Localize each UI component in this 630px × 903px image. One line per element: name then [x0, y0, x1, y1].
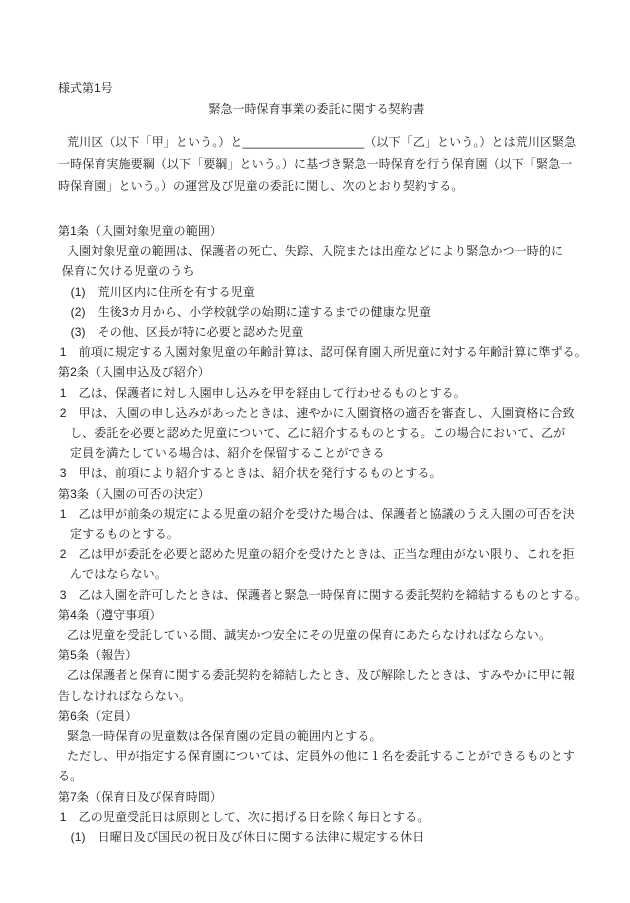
document-line: 緊急一時保育の児童数は各保育園の定員の範囲内とする。	[58, 726, 575, 746]
document-line: 2 甲は、入園の申し込みがあったときは、速やかに入園資格の適否を審査し、入園資格…	[58, 403, 575, 423]
document-line: 1 前項に規定する入園対象児童の年齢計算は、認可保育園入所児童に対する年齢計算に…	[58, 342, 575, 362]
document-line: 3 乙は入園を許可したときは、保護者と緊急一時保育に関する委託契約を締結するもの…	[58, 585, 575, 605]
article-heading: 第7条（保育日及び保育時間）	[58, 787, 575, 807]
document-body: 荒川区（以下「甲」という。）と__________________（以下「乙」と…	[58, 131, 575, 847]
document-line: (1) 荒川区内に住所を有する児童	[58, 282, 575, 302]
document-line: 入園対象児童の範囲は、保護者の死亡、失踪、入院または出産などにより緊急かつ一時的…	[58, 241, 575, 261]
document-line: 告しなければならない。	[58, 686, 575, 706]
document-line: 1 乙は甲が前条の規定による児童の紹介を受けた場合は、保護者と協議のうえ入園の可…	[58, 504, 575, 524]
article-heading: 第6条（定員）	[58, 706, 575, 726]
article-heading: 第4条（遵守事項）	[58, 605, 575, 625]
article-heading: 第1条（入園対象児童の範囲）	[58, 221, 575, 241]
article-heading: 第3条（入園の可否の決定）	[58, 484, 575, 504]
document-line: 3 甲は、前項により紹介するときは、紹介状を発行するものとする。	[58, 463, 575, 483]
document-line: 時保育園」という。）の運営及び児童の委託に関し、次のとおり契約する。	[58, 175, 575, 197]
document-line: 乙は保護者と保育に関する委託契約を締結したとき、及び解除したときは、すみやかに甲…	[58, 665, 575, 685]
document-line: (1) 日曜日及び国民の祝日及び休日に関する法律に規定する休日	[58, 827, 575, 847]
document-line: 1 乙は、保護者に対し入園申し込みを甲を経由して行わせるものとする。	[58, 383, 575, 403]
document-line: 2 乙は甲が委託を必要と認めた児童の紹介を受けたときは、正当な理由がない限り、こ…	[58, 544, 575, 564]
document-line: 定員を満たしている場合は、紹介を保留することができる	[58, 443, 575, 463]
article-heading: 第5条（報告）	[58, 645, 575, 665]
document-title: 緊急一時保育事業の委託に関する契約書	[58, 99, 575, 119]
document-line: (2) 生後3カ月から、小学校就学の始期に達するまでの健康な児童	[58, 302, 575, 322]
article-heading: 第2条（入園申込及び紹介）	[58, 362, 575, 382]
document-line: (3) その他、区長が特に必要と認めた児童	[58, 322, 575, 342]
document-line: 一時保育実施要綱（以下「要綱」という。）に基づき緊急一時保育を行う保育園（以下「…	[58, 153, 575, 175]
document-line: んではならない。	[58, 564, 575, 584]
document-line: 乙は児童を受託している間、誠実かつ安全にその児童の保育にあたらなければならない。	[58, 625, 575, 645]
document-line	[58, 197, 575, 221]
document-line: 定するものとする。	[58, 524, 575, 544]
document-line: る。	[58, 766, 575, 786]
form-number-label: 様式第1号	[58, 78, 113, 98]
contract-document-page: 様式第1号 緊急一時保育事業の委託に関する契約書 荒川区（以下「甲」という。）と…	[0, 0, 630, 903]
document-line: 荒川区（以下「甲」という。）と__________________（以下「乙」と…	[58, 131, 575, 153]
document-line: ただし、甲が指定する保育園については、定員外の他に１名を委託することができるもの…	[58, 746, 575, 766]
document-line: し、委託を必要と認めた児童について、乙に紹介するものとする。この場合において、乙…	[58, 423, 575, 443]
document-line: 1 乙の児童受託日は原則として、次に掲げる日を除く毎日とする。	[58, 807, 575, 827]
document-line: 保育に欠ける児童のうち	[58, 261, 575, 281]
